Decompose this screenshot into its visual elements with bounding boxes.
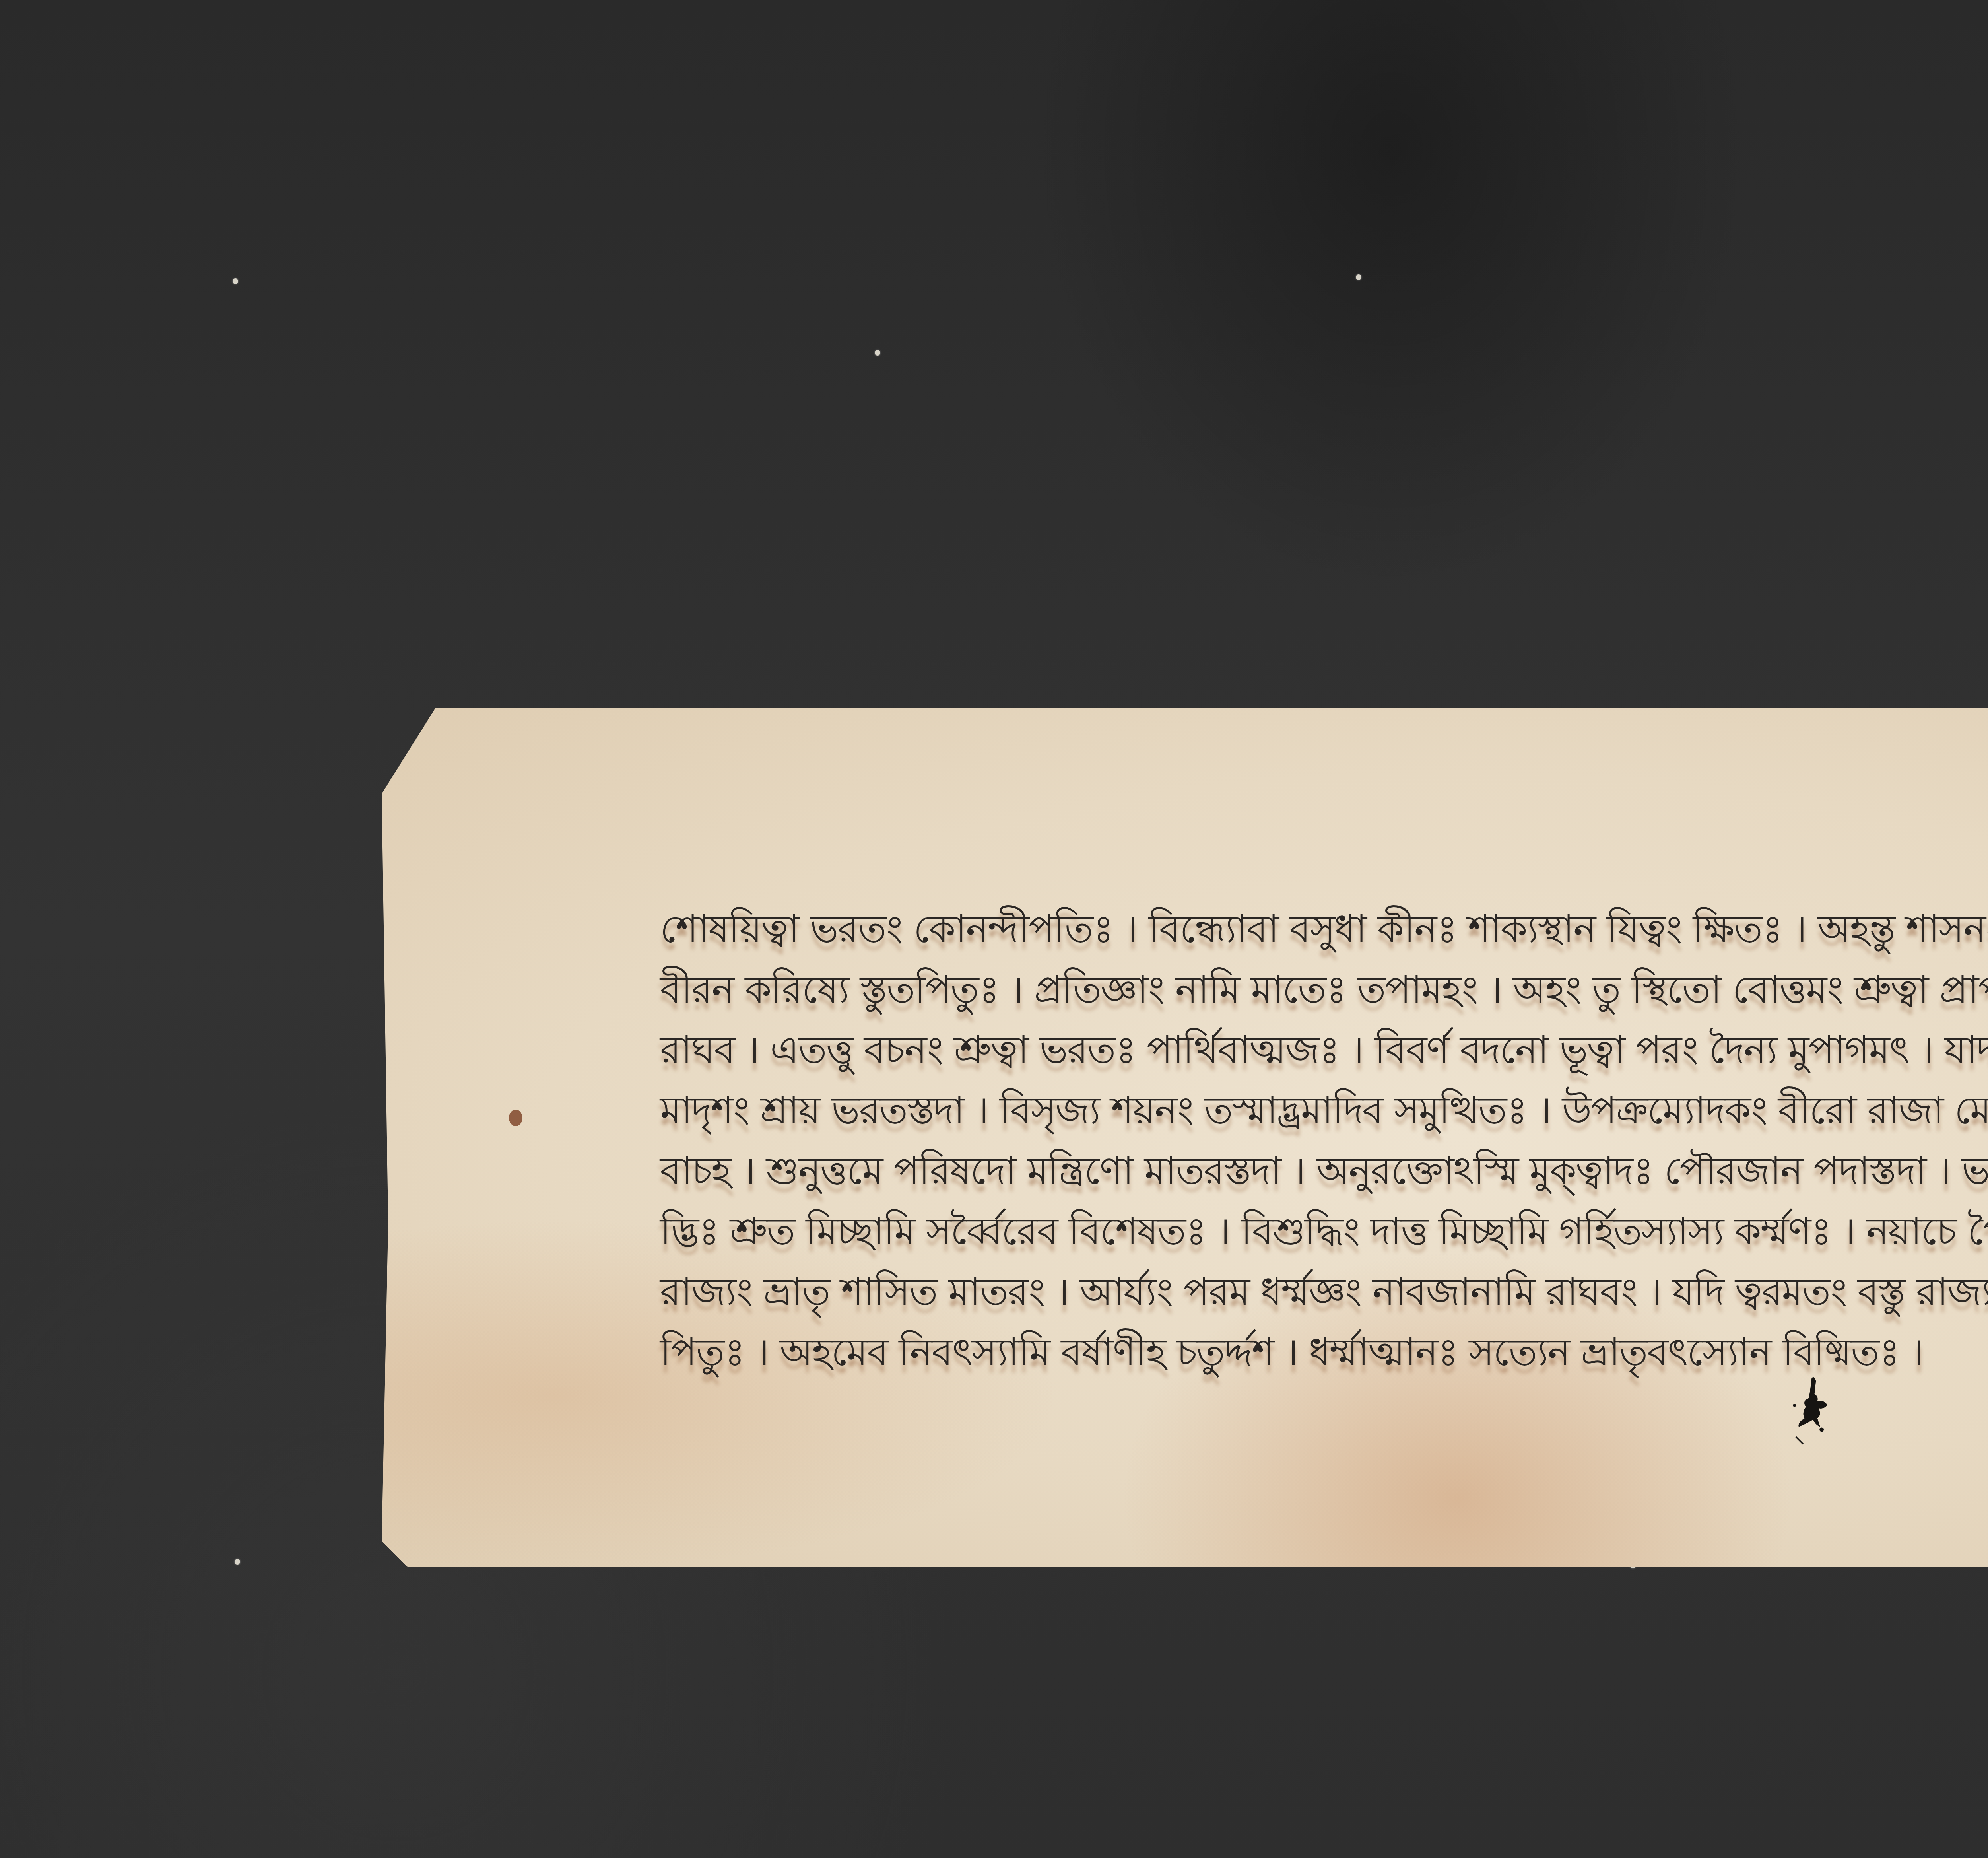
- manuscript-line-6: দ্ভিঃ শ্রুত মিচ্ছামি সর্ব্বৈরেব বিশেষতঃ …: [660, 1201, 1988, 1261]
- ink-blot-icon: [1777, 1372, 1849, 1452]
- board-speck: [875, 350, 880, 356]
- board-speck: [235, 1559, 240, 1565]
- stain-mark: [509, 1110, 522, 1126]
- manuscript-line-1: শোষয়িত্বা ভরতং কোনন্দীপতিঃ । বিন্ধ্যোবা…: [660, 899, 1988, 959]
- manuscript-folio: শোষয়িত্বা ভরতং কোনন্দীপতিঃ । বিন্ধ্যোবা…: [382, 708, 1988, 1567]
- manuscript-line-4: মাদৃশং শ্রায় ভরতস্তদা । বিসৃজ্য শয়নং ত…: [660, 1080, 1988, 1141]
- manuscript-line-2: বীরন করিষ্যে স্তুতপিতুঃ । প্রতিজ্ঞাং নাম…: [660, 959, 1988, 1020]
- manuscript-line-3: রাঘব । এতত্তু বচনং শ্রুত্বা ভরতঃ পার্থিব…: [660, 1020, 1988, 1080]
- board-speck: [1356, 274, 1361, 280]
- board-speck: [233, 278, 238, 284]
- manuscript-line-5: বাচহ । শুনুত্তমে পরিষদো মন্ত্রিণো মাতরস্…: [660, 1141, 1988, 1201]
- manuscript-text-block: শোষয়িত্বা ভরতং কোনন্দীপতিঃ । বিন্ধ্যোবা…: [660, 899, 1988, 1382]
- manuscript-line-7: রাজ্যং ভ্রাতৃ শাসিত মাতরং । আর্য্যং পরম …: [660, 1261, 1988, 1322]
